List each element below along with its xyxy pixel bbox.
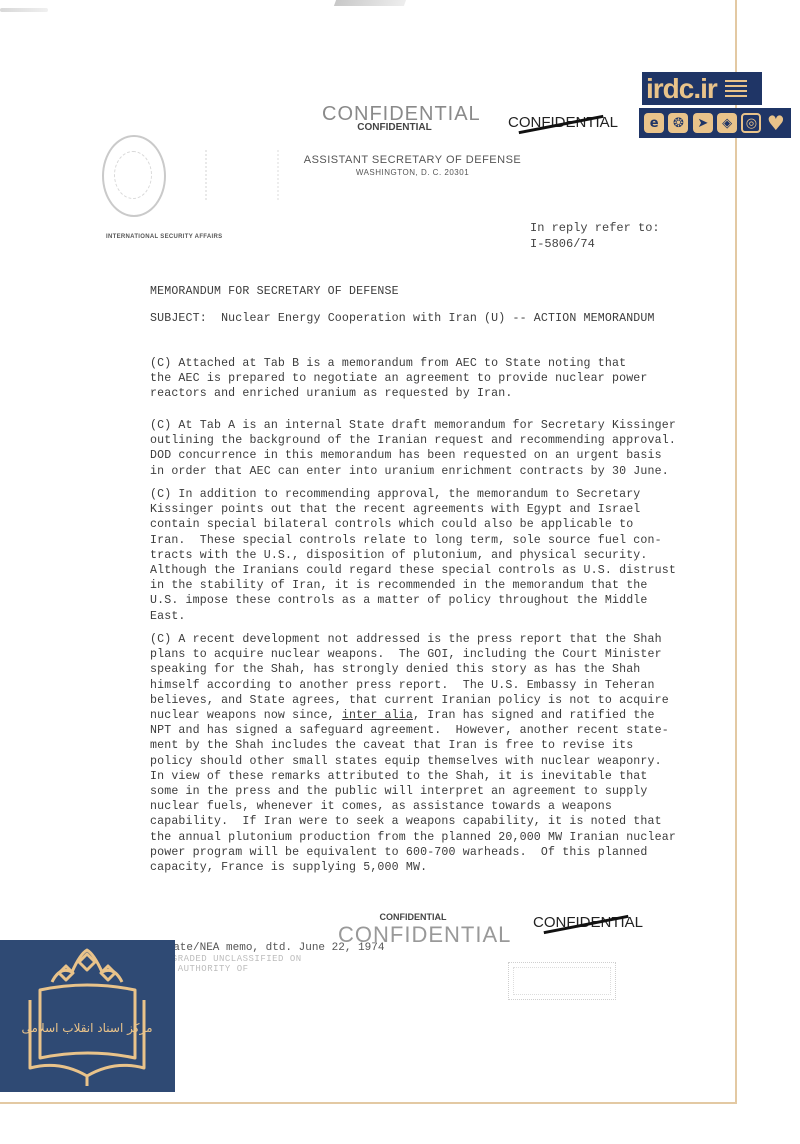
paragraph-1: (C) Attached at Tab B is a memorandum fr… — [150, 356, 710, 402]
scan-shadow — [334, 0, 406, 6]
struck-confidential-stamp: CONFIDENTIAL — [508, 114, 618, 131]
svg-text:مرکز اسناد انقلاب اسلامی: مرکز اسناد انقلاب اسلامی — [21, 1021, 152, 1036]
irdc-badge: irdc.ir — [642, 72, 762, 105]
reference-number: I-5806/74 — [530, 236, 660, 252]
paragraph-3: (C) In addition to recommending approval… — [150, 487, 710, 624]
letterhead: ASSISTANT SECRETARY OF DEFENSE WASHINGTO… — [300, 154, 525, 177]
irdc-logo: مرکز اسناد انقلاب اسلامی — [0, 940, 175, 1092]
irdc-site-label: irdc.ir — [646, 75, 717, 103]
office-address: WASHINGTON, D. C. 20301 — [300, 168, 525, 177]
office-title: ASSISTANT SECRETARY OF DEFENSE — [300, 154, 525, 166]
irdc-arabic-lines — [725, 80, 747, 97]
inter-alia: inter alia — [342, 709, 413, 722]
division-label: INTERNATIONAL SECURITY AFFAIRS — [106, 234, 222, 240]
struck-confidential-stamp-bottom: CONFIDENTIAL — [533, 914, 643, 931]
page-frame-bottom — [0, 1102, 737, 1104]
book-logo-icon: مرکز اسناد انقلاب اسلامی — [0, 940, 175, 1092]
dod-seal — [102, 135, 166, 217]
twitter-icon: ♥ — [766, 113, 786, 133]
reference-line: State/NEA memo, dtd. June 22, 1974 REGRA… — [160, 942, 384, 974]
paragraph-2: (C) At Tab A is an internal State draft … — [150, 418, 710, 479]
faded-mark — [205, 150, 279, 200]
memo-addressee: MEMORANDUM FOR SECRETARY OF DEFENSE — [150, 284, 710, 299]
paragraph-4: (C) A recent development not addressed i… — [150, 632, 710, 875]
confidential-stamp-bottom: CONFIDENTIAL CONFIDENTIAL — [338, 912, 488, 946]
faded-declassification-stamp — [508, 962, 616, 1000]
telegram-icon: ➤ — [693, 113, 713, 133]
memo-subject: SUBJECT: Nuclear Energy Cooperation with… — [150, 311, 710, 326]
eitaa-box-icon: ◈ — [717, 113, 737, 133]
aparat-icon: e — [644, 113, 664, 133]
reply-reference: In reply refer to: I-5806/74 — [530, 220, 660, 252]
social-icons-bar: e ❂ ➤ ◈ ◎ ♥ — [639, 108, 791, 138]
scan-shadow — [0, 8, 48, 12]
page-frame-right — [735, 0, 737, 1104]
instagram-icon: ◎ — [741, 113, 761, 133]
film-reel-icon: ❂ — [668, 113, 688, 133]
confidential-stamp-top: CONFIDENTIAL CONFIDENTIAL — [322, 104, 467, 133]
